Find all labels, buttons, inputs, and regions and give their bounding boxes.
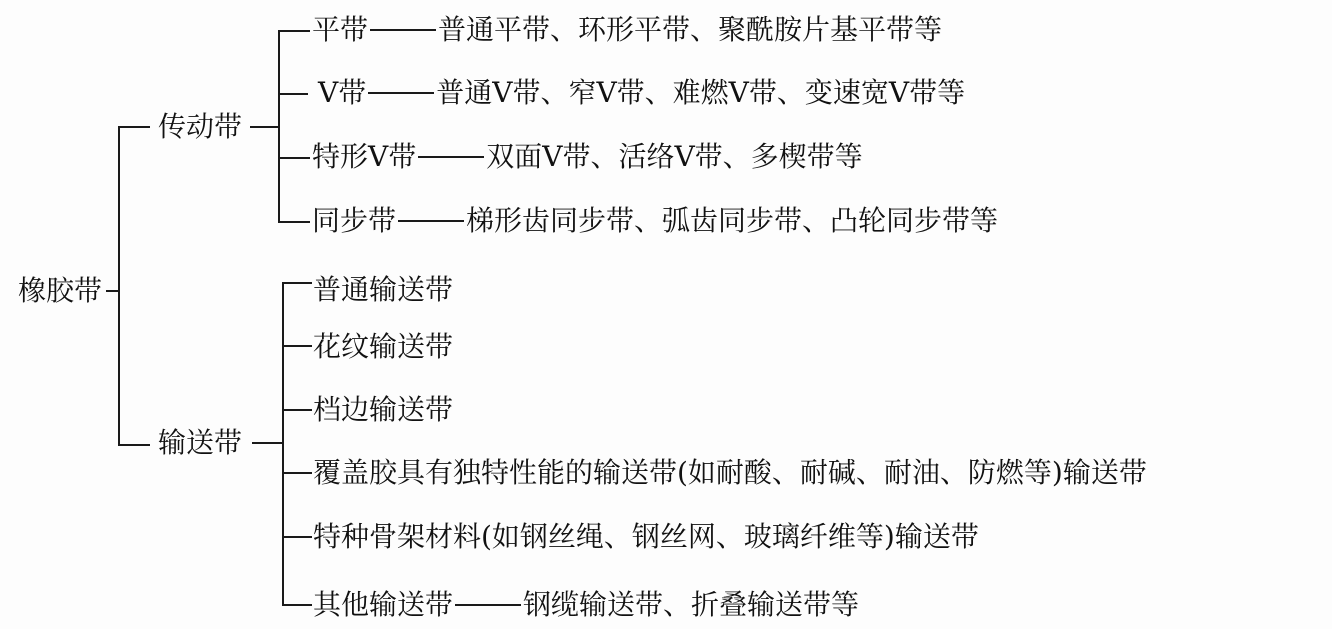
leaf-v-belt: V带普通V带、窄V带、难燃V带、变速宽V带等 bbox=[318, 76, 965, 110]
leaf-line bbox=[278, 93, 308, 95]
transmission-vertical-bracket bbox=[278, 30, 280, 223]
leaf-line bbox=[282, 345, 312, 347]
leaf-label: 同步带 bbox=[312, 204, 396, 237]
dash-separator bbox=[368, 92, 434, 94]
dash-separator bbox=[455, 604, 521, 606]
leaf-line bbox=[282, 604, 312, 606]
leaf-label: V带 bbox=[318, 76, 366, 109]
leaf-line bbox=[282, 472, 312, 474]
leaf-label: 特形V带 bbox=[312, 140, 416, 173]
leaf-special-carcass-conveyor: 特种骨架材料(如钢丝绳、钢丝网、玻璃纤维等)输送带 bbox=[313, 520, 979, 554]
leaf-patterned-conveyor: 花纹输送带 bbox=[313, 330, 453, 364]
leaf-examples: 普通平带、环形平带、聚酰胺片基平带等 bbox=[438, 13, 942, 46]
leaf-examples: 普通V带、窄V带、难燃V带、变速宽V带等 bbox=[436, 76, 965, 109]
leaf-line bbox=[282, 282, 312, 284]
leaf-label: 其他输送带 bbox=[313, 588, 453, 621]
leaf-examples: 双面V带、活络V带、多楔带等 bbox=[486, 140, 862, 173]
node-transmission-belt: 传动带 bbox=[158, 110, 242, 144]
leaf-flat-belt: 平带普通平带、环形平带、聚酰胺片基平带等 bbox=[312, 13, 942, 47]
leaf-ordinary-conveyor: 普通输送带 bbox=[313, 273, 453, 307]
root-node-rubber-belt: 橡胶带 bbox=[18, 274, 102, 308]
leaf-line bbox=[278, 157, 310, 159]
leaf-line bbox=[282, 536, 312, 538]
leaf-label: 平带 bbox=[312, 13, 368, 46]
leaf-line bbox=[282, 409, 312, 411]
leaf-special-v-belt: 特形V带双面V带、活络V带、多楔带等 bbox=[312, 140, 863, 174]
conveyor-connector bbox=[252, 442, 283, 444]
leaf-special-cover-conveyor: 覆盖胶具有独特性能的输送带(如耐酸、耐碱、耐油、防燃等)输送带 bbox=[313, 456, 1147, 490]
leaf-examples: 钢缆输送带、折叠输送带等 bbox=[523, 588, 859, 621]
dash-separator bbox=[398, 220, 464, 222]
leaf-other-conveyor: 其他输送带钢缆输送带、折叠输送带等 bbox=[313, 588, 859, 622]
root-vertical-bracket bbox=[118, 126, 120, 446]
node-conveyor-belt: 输送带 bbox=[158, 426, 242, 460]
leaf-sidewall-conveyor: 档边输送带 bbox=[313, 393, 453, 427]
leaf-line bbox=[278, 30, 310, 32]
transmission-connector bbox=[250, 126, 279, 128]
leaf-examples: 梯形齿同步带、弧齿同步带、凸轮同步带等 bbox=[466, 204, 998, 237]
dash-separator bbox=[418, 156, 484, 158]
dash-separator bbox=[370, 29, 436, 31]
branch-line-conveyor bbox=[118, 444, 150, 446]
branch-line-transmission bbox=[118, 126, 150, 128]
leaf-line bbox=[278, 221, 310, 223]
leaf-synchronous-belt: 同步带梯形齿同步带、弧齿同步带、凸轮同步带等 bbox=[312, 204, 998, 238]
conveyor-vertical-bracket bbox=[282, 282, 284, 606]
